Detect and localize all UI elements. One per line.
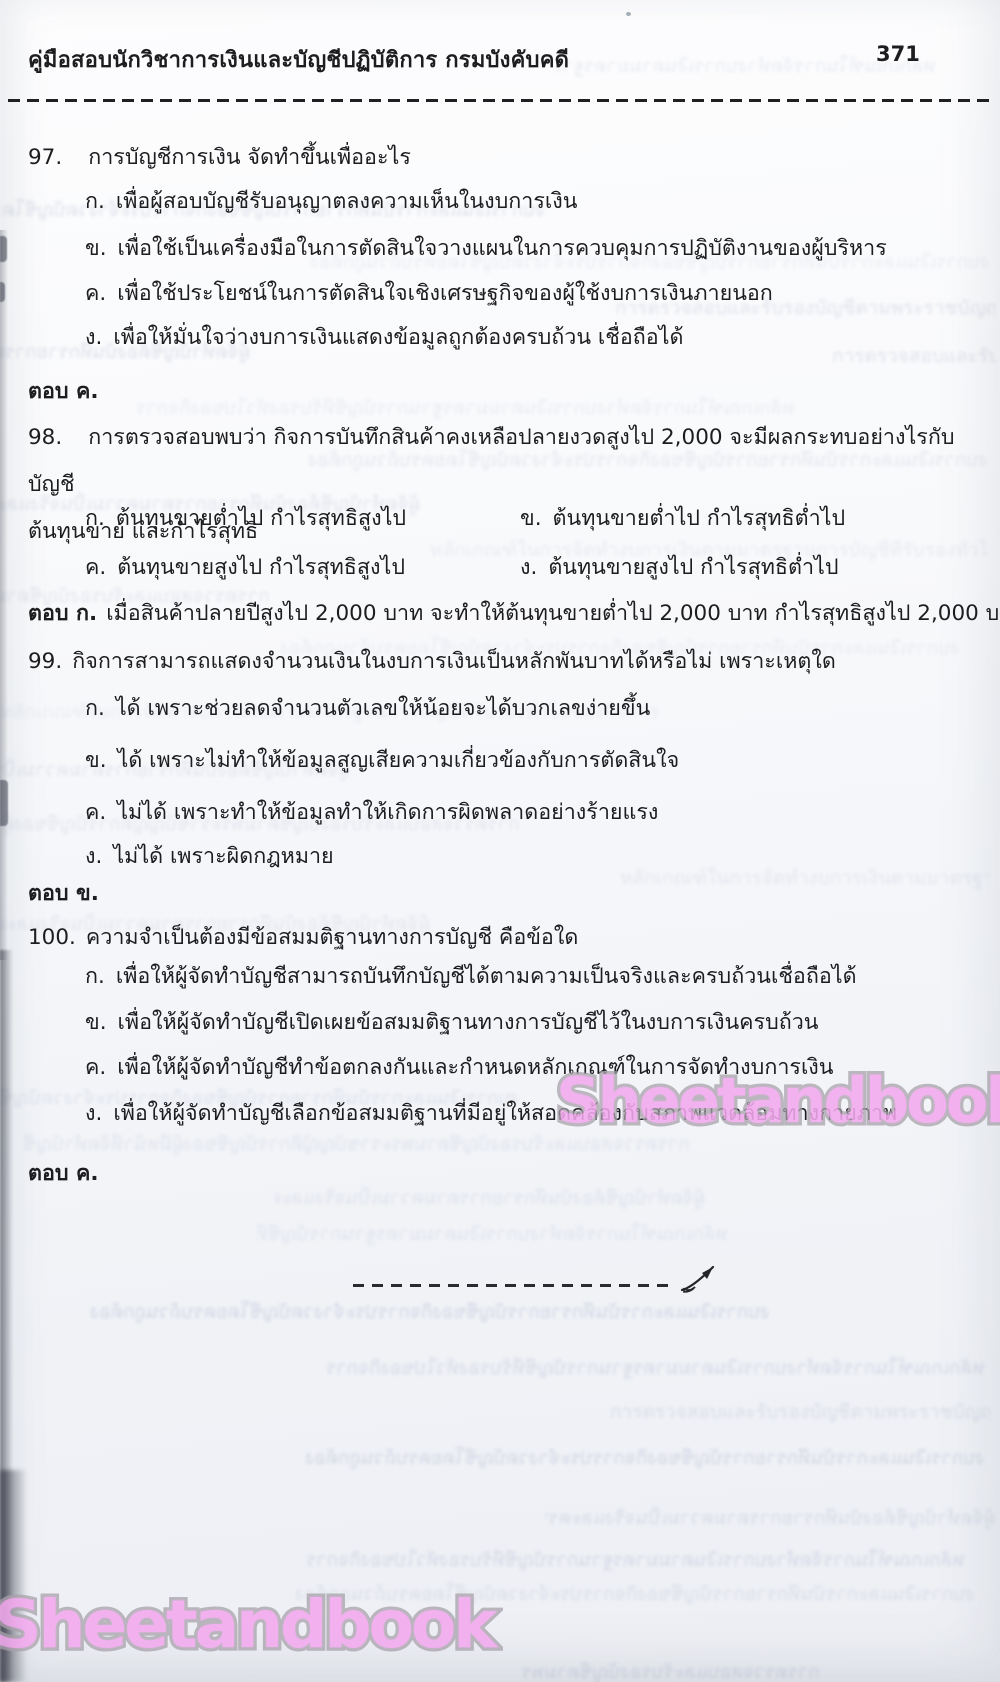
option-text: ต้นทุนขายต่ำไป กำไรสุทธิสูงไป — [116, 506, 406, 531]
question-99-option-a: ก.ได้ เพราะช่วยลดจำนวนตัวเลขให้น้อยจะได้… — [85, 691, 650, 725]
option-letter: ข. — [85, 236, 107, 261]
question-98-option-d: ง.ต้นทุนขายสูงไป กำไรสุทธิต่ำไป — [520, 550, 839, 584]
bleed-through-text: การตรวจสอบและรับรองบัญชีตามพระราชบัญญัติ… — [610, 1400, 990, 1424]
scan-mark — [0, 236, 7, 262]
option-letter: ง. — [520, 555, 537, 580]
scan-mark — [0, 282, 5, 302]
answer-label: ตอบ ค. — [28, 379, 99, 404]
answer-label: ตอบ ก. — [28, 601, 97, 626]
option-text: ไม่ได้ เพราะทำให้ข้อมูลทำให้เกิดการผิดพล… — [117, 800, 658, 825]
scan-speck — [626, 12, 631, 16]
bleed-through-text: การตรวจสอบและรับรองบัญชีตามพระราชบัญญัติ… — [832, 344, 997, 368]
question-100-option-a: ก.เพื่อให้ผู้จัดทำบัญชีสามารถบันทึกบัญชี… — [85, 959, 857, 993]
question-97-heading: 97.การบัญชีการเงิน จัดทำขึ้นเพื่ออะไร — [28, 134, 978, 181]
option-text: ได้ เพราะไม่ทำให้ข้อมูลสูญเสียความเกี่ยว… — [118, 748, 680, 773]
question-98-option-c: ค.ต้นทุนขายสูงไป กำไรสุทธิสูงไป — [85, 550, 405, 584]
question-98-option-a: ก.ต้นทุนขายต่ำไป กำไรสุทธิสูงไป — [85, 501, 406, 535]
bleed-through-text: ผู้จัดทำบัญชีต้องบันทึกรายการตามความเป็น… — [275, 1186, 705, 1210]
option-text: เพื่อใช้เป็นเครื่องมือในการตัดสินใจวางแผ… — [118, 236, 887, 261]
option-letter: ก. — [85, 964, 105, 989]
answer-label: ตอบ ข. — [28, 881, 99, 906]
option-letter: ค. — [85, 1055, 106, 1080]
dashed-divider — [8, 99, 992, 102]
scanned-page: หลักเกณฑ์ในการจัดทำงบการเงินตามมาตรฐานกา… — [0, 0, 1000, 1682]
dashed-separator — [353, 1284, 675, 1287]
question-number: 99. — [28, 649, 62, 674]
question-text: การบัญชีการเงิน จัดทำขึ้นเพื่ออะไร — [88, 145, 411, 170]
question-97-option-c: ค.เพื่อใช้ประโยชน์ในการตัดสินใจเชิงเศรษฐ… — [85, 276, 773, 310]
option-letter: ค. — [85, 555, 106, 580]
question-99-option-b: ข.ได้ เพราะไม่ทำให้ข้อมูลสูญเสียความเกี่… — [85, 743, 679, 777]
option-text: ต้นทุนขายสูงไป กำไรสุทธิต่ำไป — [548, 555, 838, 580]
question-text: การตรวจสอบพบว่า กิจการบันทึกสินค้าคงเหลื… — [28, 425, 955, 497]
question-100-option-b: ข.เพื่อให้ผู้จัดทำบัญชีเปิดเผยข้อสมมติฐา… — [85, 1005, 819, 1039]
option-letter: ข. — [520, 506, 542, 531]
bleed-through-text: หลักเกณฑ์ในการจัดทำงบการเงินตามมาตรฐานกา… — [258, 1222, 728, 1246]
question-100-answer: ตอบ ค. — [28, 1156, 99, 1190]
bleed-through-text: งบการเงินและการบันทึกรายการบัญชีของกิจกา… — [0, 1300, 770, 1324]
bleed-through-text: หลักเกณฑ์ในการจัดทำงบการเงินตามมาตรฐานกา… — [0, 1356, 985, 1380]
question-97-answer: ตอบ ค. — [28, 374, 99, 408]
option-letter: ก. — [85, 506, 105, 531]
option-text: เพื่อให้ผู้จัดทำบัญชีสามารถบันทึกบัญชีได… — [116, 964, 857, 989]
question-99-option-c: ค.ไม่ได้ เพราะทำให้ข้อมูลทำให้เกิดการผิด… — [85, 795, 658, 829]
option-text: ไม่ได้ เพราะผิดกฎหมาย — [113, 844, 333, 869]
question-100-heading: 100.ความจำเป็นต้องมีข้อสมมติฐานทางการบัญ… — [28, 914, 978, 961]
question-99-answer: ตอบ ข. — [28, 876, 99, 910]
question-number: 97. — [28, 145, 62, 170]
option-text: เพื่อให้ผู้จัดทำบัญชีเปิดเผยข้อสมมติฐานท… — [118, 1010, 819, 1035]
option-letter: ค. — [85, 800, 106, 825]
watermark-sheetandbook: Sheetandbook Sheetandbook — [0, 1586, 494, 1663]
question-97-option-b: ข.เพื่อใช้เป็นเครื่องมือในการตัดสินใจวาง… — [85, 231, 887, 265]
option-text: ต้นทุนขายสูงไป กำไรสุทธิสูงไป — [117, 555, 405, 580]
bleed-through-text: การตรวจสอบและรับรองบัญชีตามพระราชบัญญัติ… — [520, 1660, 820, 1682]
scan-mark — [0, 780, 8, 826]
bleed-through-text: งบการเงินและการบันทึกรายการบัญชีของกิจกา… — [0, 1446, 985, 1470]
watermark-sheetandbook: Sheetandbook Sheetandbook — [556, 1064, 1000, 1137]
option-letter: ก. — [85, 189, 105, 214]
option-letter: ง. — [85, 844, 102, 869]
watermark-text: Sheetandbook — [0, 1586, 494, 1663]
pen-icon — [678, 1264, 716, 1294]
question-97-option-d: ง.เพื่อให้มั่นใจว่างบการเงินแสดงข้อมูลถู… — [85, 320, 683, 354]
question-98-answer: ตอบ ก.เมื่อสินค้าปลายปีสูงไป 2,000 บาท จ… — [28, 596, 1000, 630]
watermark-text: Sheetandbook — [556, 1064, 1000, 1137]
option-text: เพื่อใช้ประโยชน์ในการตัดสินใจเชิงเศรษฐกิ… — [117, 281, 773, 306]
bleed-through-text: หลักเกณฑ์ในการจัดทำงบการเงินตามมาตรฐานกา… — [620, 866, 990, 890]
option-text: ต้นทุนขายต่ำไป กำไรสุทธิต่ำไป — [553, 506, 846, 531]
option-text: เพื่อให้มั่นใจว่างบการเงินแสดงข้อมูลถูกต… — [113, 325, 683, 350]
option-letter: ค. — [85, 281, 106, 306]
question-text: ความจำเป็นต้องมีข้อสมมติฐานทางการบัญชี ค… — [86, 925, 578, 950]
option-text: ได้ เพราะช่วยลดจำนวนตัวเลขให้น้อยจะได้บว… — [116, 696, 650, 721]
bleed-through-text: หลักเกณฑ์ในการจัดทำงบการเงินตามมาตรฐานกา… — [55, 1548, 965, 1572]
question-99-heading: 99.กิจการสามารถแสดงจำนวนเงินในงบการเงินเ… — [28, 638, 978, 685]
book-title: คู่มือสอบนักวิชาการเงินและบัญชีปฏิบัติกา… — [28, 42, 569, 77]
option-letter: ข. — [85, 748, 107, 773]
question-99-option-d: ง.ไม่ได้ เพราะผิดกฎหมาย — [85, 839, 334, 873]
page-number: 371 — [876, 42, 920, 66]
question-98-option-b: ข.ต้นทุนขายต่ำไป กำไรสุทธิต่ำไป — [520, 501, 845, 535]
option-letter: ก. — [85, 696, 105, 721]
question-97-option-a: ก.เพื่อผู้สอบบัญชีรับอนุญาตลงความเห็นในง… — [85, 184, 577, 218]
option-letter: ง. — [85, 325, 102, 350]
answer-label: ตอบ ค. — [28, 1161, 99, 1186]
binding-shadow — [0, 230, 8, 960]
option-letter: ง. — [85, 1101, 102, 1126]
option-letter: ข. — [85, 1010, 107, 1035]
question-number: 100. — [28, 925, 76, 950]
question-number: 98. — [28, 425, 62, 450]
answer-explanation: เมื่อสินค้าปลายปีสูงไป 2,000 บาท จะทำให้… — [106, 601, 1000, 626]
option-text: เพื่อผู้สอบบัญชีรับอนุญาตลงความเห็นในงบก… — [116, 189, 578, 214]
bleed-through-text: ผู้จัดทำบัญชีต้องบันทึกรายการตามความเป็น… — [545, 1506, 995, 1530]
question-text: กิจการสามารถแสดงจำนวนเงินในงบการเงินเป็น… — [72, 649, 836, 674]
